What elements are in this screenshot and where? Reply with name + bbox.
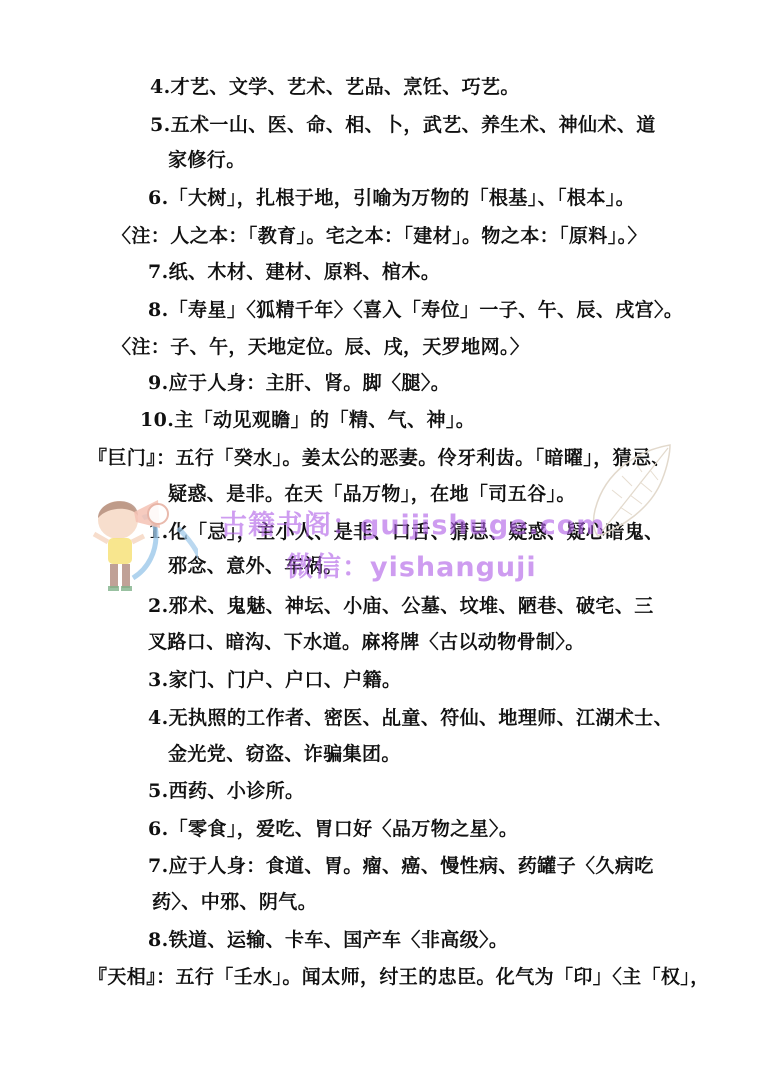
- text-line: 4.无执照的工作者、密医、乩童、符仙、地理师、江湖术士、: [148, 706, 673, 730]
- text-line: 药〉、中邪、阴气。: [152, 890, 317, 914]
- text-line: 7.纸、木材、建材、原料、棺木。: [148, 260, 440, 284]
- text-line: 7.应于人身：食道、胃。瘤、癌、慢性病、药罐子〈久病吃: [148, 854, 654, 878]
- text-line: 9.应于人身：主肝、肾。脚〈腿〉。: [148, 371, 450, 395]
- text-line: 5.西药、小诊所。: [148, 779, 304, 803]
- text-line: 〈注：子、午，天地定位。辰、戌，天罗地网。〉: [112, 335, 529, 359]
- text-line: 〈注：人之本：「教育」。宅之本：「建材」。物之本：「原料」。〉: [112, 224, 647, 248]
- text-line: 金光党、窃盗、诈骗集团。: [168, 742, 401, 766]
- text-line: 叉路口、暗沟、下水道。麻将牌〈古以动物骨制〉。: [148, 630, 585, 654]
- watermark-site: 古籍书阁：guijishuge.com: [220, 503, 605, 542]
- text-line: 2.邪术、鬼魅、神坛、小庙、公墓、坟堆、陋巷、破宅、三: [148, 594, 654, 618]
- text-line: 10.主「动见观瞻」的「精、气、神」。: [140, 408, 475, 432]
- text-line: 8.铁道、运输、卡车、国产车〈非高级〉。: [148, 928, 508, 952]
- text-line: 4.才艺、文学、艺术、艺品、烹饪、巧艺。: [150, 75, 520, 99]
- text-line: 『天相』：五行「壬水」。闻太师，纣王的忠臣。化气为「印」〈主「权」，: [88, 965, 710, 989]
- watermark-wechat: 微信：yishanguji: [286, 545, 537, 584]
- text-line: 6.「大树」，扎根于地，引喻为万物的「根基」、「根本」。: [148, 186, 635, 210]
- text-line: 8.「寿星」〈狐精千年〉〈喜入「寿位」一子、午、辰、戌宫〉。: [148, 298, 683, 322]
- text-line: 家修行。: [168, 148, 246, 172]
- text-line: 3.家门、门户、户口、户籍。: [148, 668, 401, 692]
- text-line: 5.五术一山、医、命、相、卜，武艺、养生术、神仙术、道: [150, 113, 656, 137]
- mascot-icon: [88, 488, 198, 598]
- text-line: 6.「零食」，爱吃、胃口好〈品万物之星〉。: [148, 817, 518, 841]
